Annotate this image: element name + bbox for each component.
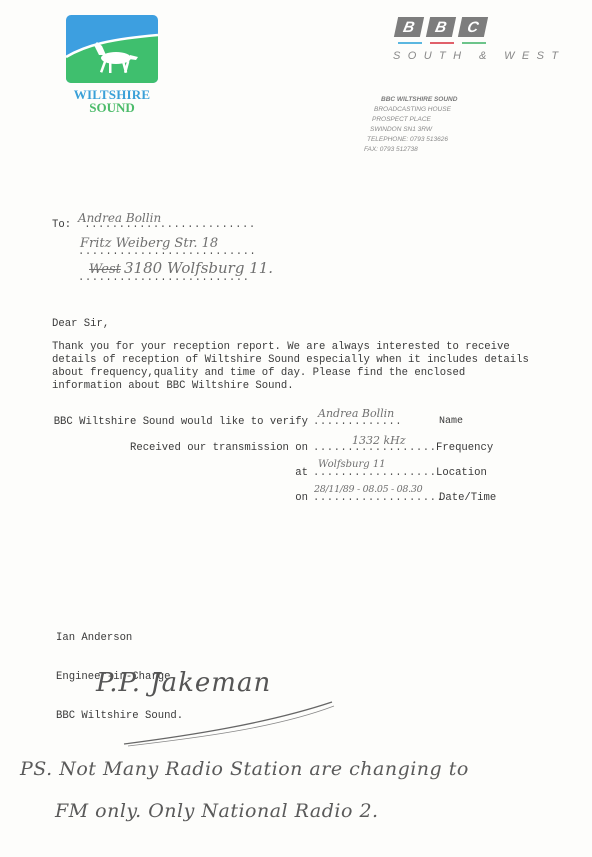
recipient-street: Fritz Weiberg Str. 18: [80, 236, 218, 251]
bbc-block-c: C: [458, 17, 488, 37]
verify-name-value: Andrea Bollin: [318, 407, 394, 420]
postscript-line-2: FM only. Only National Radio 2.: [55, 800, 379, 822]
verify-datetime-value: 28/11/89 - 08.05 - 08.30: [314, 484, 422, 495]
verify-location-value: Wolfsburg 11: [318, 459, 386, 470]
bbc-block-b2: B: [426, 17, 456, 37]
address-name: BBC WILTSHIRE SOUND: [381, 95, 457, 105]
bbc-blocks: B B C: [396, 17, 566, 37]
postscript-line-1: PS. Not Many Radio Station are changing …: [20, 758, 469, 780]
body-line: about frequency,quality and time of day.…: [52, 367, 465, 381]
signature-underline-icon: [96, 650, 356, 750]
address-telephone: TELEPHONE: 0793 513626: [367, 135, 457, 145]
verify-location-prefix: at: [295, 467, 308, 479]
logo-badge: [66, 15, 158, 83]
body-line: Thank you for your reception report. We …: [52, 341, 510, 355]
verify-frequency-field: Frequency: [436, 442, 493, 454]
bbc-block-b1: B: [394, 17, 424, 37]
recipient-struck-word: West: [89, 262, 121, 277]
body-line: information about BBC Wiltshire Sound.: [52, 380, 294, 394]
bbc-bar-green: [462, 42, 486, 44]
signoff-name: Ian Anderson: [56, 632, 183, 645]
salutation: Dear Sir,: [52, 318, 109, 332]
bbc-logo: B B C SOUTH & WEST: [396, 17, 566, 62]
address-line: SWINDON SN1 3RW: [370, 125, 457, 135]
verify-frequency-prefix: Received our transmission on: [130, 442, 308, 454]
to-label: To:: [52, 219, 71, 231]
recipient-city: 3180 Wolfsburg 11.: [124, 259, 273, 277]
address-fax: FAX: 0793 512738: [364, 145, 457, 155]
white-horse-icon: [66, 15, 158, 83]
verify-datetime-prefix: on: [295, 492, 308, 504]
address-line: PROSPECT PLACE: [372, 115, 457, 125]
qsl-letter-page: WILTSHIRE SOUND B B C SOUTH & WEST BBC W…: [0, 0, 592, 857]
address-line: BROADCASTING HOUSE: [374, 105, 457, 115]
verify-name-prefix: BBC Wiltshire Sound would like to verify: [54, 416, 308, 428]
bbc-color-bars: [396, 42, 566, 44]
station-address: BBC WILTSHIRE SOUND BROADCASTING HOUSE P…: [362, 95, 457, 155]
logo-text-sound: SOUND: [64, 101, 160, 115]
bbc-bar-red: [430, 42, 454, 44]
bbc-region: SOUTH & WEST: [393, 50, 566, 62]
wiltshire-sound-logo: WILTSHIRE SOUND: [64, 15, 160, 115]
verify-location-field: Location: [436, 467, 487, 479]
verify-datetime-field: Date/Time: [439, 492, 496, 504]
verify-name-field: Name: [439, 416, 463, 427]
recipient-name: Andrea Bollin: [78, 211, 161, 225]
body-line: details of reception of Wiltshire Sound …: [52, 354, 529, 368]
bbc-bar-blue: [398, 42, 422, 44]
verify-frequency-value: 1332 kHz: [352, 434, 406, 447]
